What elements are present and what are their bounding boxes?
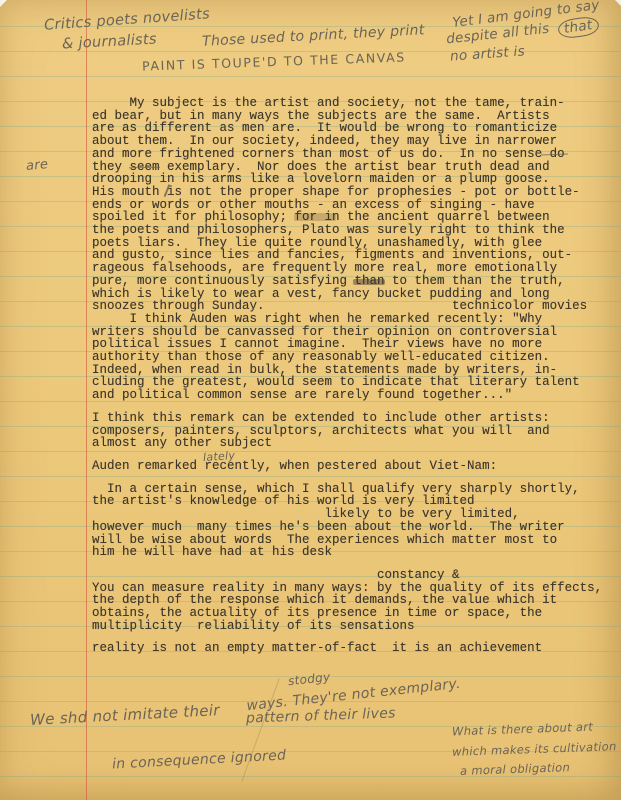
red-margin-line <box>86 0 87 800</box>
typed-paragraph-5: constancy & You can measure reality in m… <box>92 569 612 633</box>
typed-paragraph-2: I think this remark can be extended to i… <box>92 412 612 450</box>
typed-paragraph-1: My subject is the artist and society, no… <box>92 97 612 402</box>
annotation-a-moral-obligation: a moral obligation <box>460 760 570 778</box>
annotation-paint-toupeed: PAINT IS TOUPE'D TO THE CANVAS <box>142 49 406 73</box>
typed-paragraph-3: Auden remarked recently, when pestered a… <box>92 460 612 473</box>
typed-paragraph-4: In a certain sense, which I shall qualif… <box>92 483 612 559</box>
scan-corner-top-left <box>0 0 7 7</box>
annotation-we-shd-not-imitate: We shd not imitate their <box>30 701 221 729</box>
annotation-that-boxed: that <box>557 15 600 39</box>
annotation-makes-its-cultivation: which makes its cultivation <box>452 739 617 759</box>
manuscript-page: Critics poets novelists & journalists Th… <box>0 0 621 800</box>
annotation-insert-lately: lately <box>203 449 236 464</box>
typed-paragraph-6: reality is not an empty matter-of-fact i… <box>92 642 612 655</box>
annotation-stodgy: stodgy <box>287 670 331 688</box>
annotation-in-consequence-ignored: in consequence ignored <box>112 747 287 772</box>
annotation-those-used-to-print: Those used to print, they print <box>202 22 425 50</box>
annotation-what-is-there-about-art: What is there about art <box>452 720 593 739</box>
typed-body: My subject is the artist and society, no… <box>92 97 612 665</box>
annotation-margin-are: are <box>25 157 48 174</box>
paper-crease <box>241 678 280 782</box>
annotation-critics-poets: Critics poets novelists <box>44 6 211 34</box>
annotation-no-artist-is: no artist is <box>450 43 526 64</box>
annotation-journalists: & journalists <box>62 32 158 53</box>
scan-corner-top-right <box>615 0 621 6</box>
